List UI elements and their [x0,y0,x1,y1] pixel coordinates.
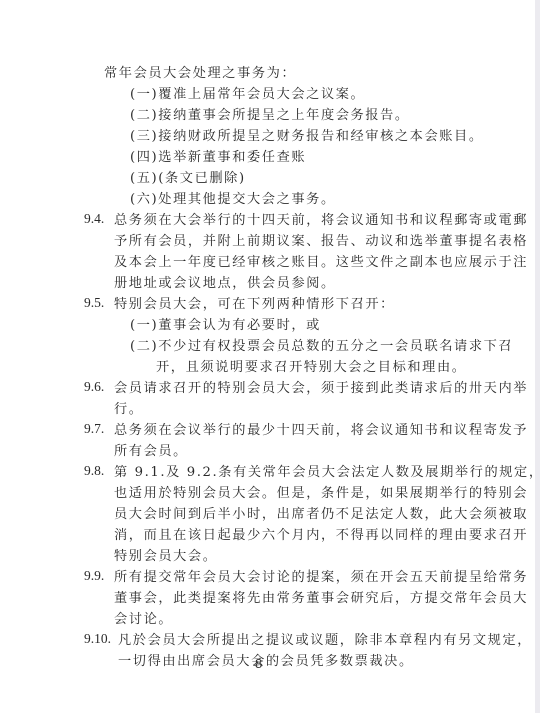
clause-text: 消，而且在该日起最少六个月内，不得再以同样的理由要求召开 [114,526,528,545]
clause-text: 会员请求召开的特别会员大会，须于接到此类请求后的卅天内举 [114,379,528,398]
clause-number: 9.4. [84,211,104,227]
clause-text: 也适用於特别会员大会。但是，条件是，如果展期举行的特别会 [114,484,528,503]
document-page: 常年会员大会处理之事务为： (一)覆准上届常年会员大会之议案。 (二)接纳董事会… [0,0,535,713]
clause-text: 员大会时间到后半小时，出席者仍不足法定人数，此大会须被取 [114,505,528,524]
clause-number: 9.7. [84,421,104,437]
page-edge [535,0,540,713]
clause-text: 行。 [114,400,144,419]
clause-number: 9.5. [84,295,104,311]
list-item: (五)(条文已删除) [130,169,246,188]
list-item: (二)接纳董事会所提呈之上年度会务报告。 [130,106,410,125]
list-item: 开，且须说明要求召开特别大会之目标和理由。 [156,358,467,377]
clause-number: 9.6. [84,379,104,395]
clause-text: 会讨论。 [114,610,173,629]
list-item: (一)董事会认为有必要时，或 [130,316,321,335]
list-item: (一)覆准上届常年会员大会之议案。 [130,85,365,104]
clause-text: 所有会员。 [114,442,188,461]
clause-text: 所有提交常年会员大会讨论的提案，须在开会五天前提呈给常务 [114,568,528,587]
clause-text: 一切得由出席会员大会的会员凭多数票裁决。 [118,652,414,671]
clause-text: 特别会员大会，可在下列两种情形下召开： [114,295,395,314]
clause-text: 董事会，此类提案将先由常务董事会研究后，方提交常年会员大 [114,589,528,608]
clause-text: 特别会员大会。 [114,547,218,566]
clause-text: 予所有会员，并附上前期议案、报告、动议和选举董事提名表格 [114,232,528,251]
clause-text: 册地址或会议地点，供会员参阅。 [114,274,336,293]
page-number: 8 [255,656,262,671]
clause-text: 凡於会员大会所提出之提议或议题，除非本章程内有另文规定， [118,631,532,650]
clause-number: 9.10. [84,631,111,647]
clause-number: 9.8. [84,463,104,479]
clause-number: 9.9. [84,568,104,584]
list-item: (二)不少过有权投票会员总数的五分之一会员联名请求下召 [130,337,513,356]
list-item: (三)接纳财政所提呈之财务报告和经审核之本会账目。 [130,127,484,146]
clause-text: 总务须在会议举行的最少十四天前，将会议通知书和议程寄发予 [114,421,528,440]
clause-text: 第 9.1.及 9.2.条有关常年会员大会法定人数及展期举行的规定， [114,463,540,482]
list-item: (六)处理其他提交大会之事务。 [130,190,336,209]
clause-text: 及本会上一年度已经审核之账目。这些文件之副本也应展示于注 [114,253,528,272]
section-intro: 常年会员大会处理之事务为： [104,64,296,83]
clause-text: 总务须在大会举行的十四天前，将会议通知书和议程郵寄或電郵 [114,211,528,230]
list-item: (四)选举新董事和委任查账 [130,148,306,167]
